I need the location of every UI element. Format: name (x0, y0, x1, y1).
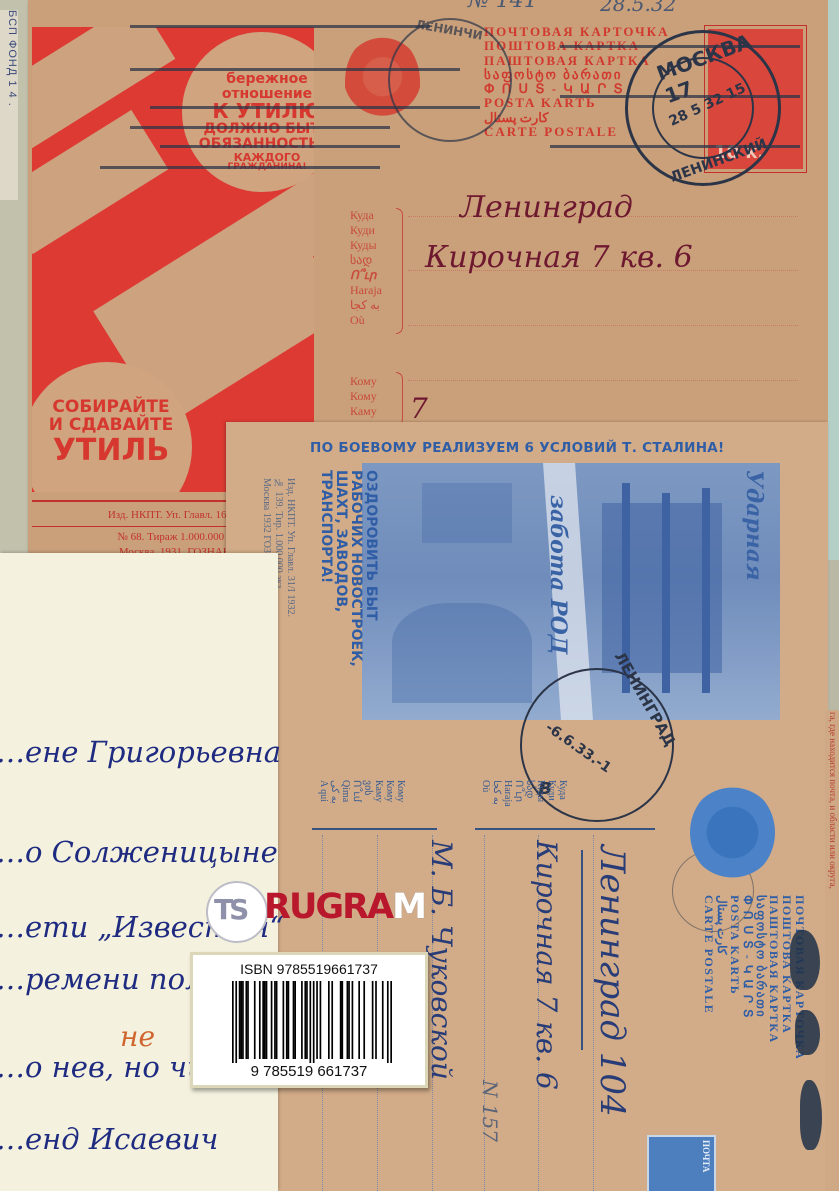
card2-slogan: ОЗДОРОВИТЬ БЫТ РАБОЧИХ НОВОСТРОЕК, ШАХТ,… (318, 470, 378, 730)
isbn-label: ISBN 9785519661737 (193, 961, 425, 977)
right-edge-card (828, 0, 839, 560)
handwritten-letter (0, 553, 278, 1191)
poster-bottom-slogan: СОБИРАЙТЕ И СДАВАЙТЕ УТИЛЬ (32, 399, 190, 466)
address-brace (396, 208, 403, 334)
illustration-caption-1: Ударная (741, 470, 767, 581)
cancel-line (130, 25, 430, 28)
cancel-line (130, 126, 390, 129)
archive-note-number: № 141 (468, 0, 538, 13)
recipient-brace (312, 828, 437, 830)
card2-postcard-header: ПОЧТОВАЯ КАРТОЧКА ПОШТОВА КАРТКА ПАШТОВА… (702, 895, 806, 1135)
edge-postcard-text: га, где находится почта, и области или о… (826, 712, 838, 1012)
publisher-logo: TS RUGRAM (206, 881, 416, 941)
card2-headline: ПО БОЕВОМУ РЕАЛИЗУЕМ 6 УСЛОВИЙ Т. СТАЛИН… (310, 440, 725, 456)
archive-number: N 157 (478, 1080, 502, 1142)
archive-strip-label: БСП ФОНД 1 4 . (0, 10, 18, 200)
isbn-digits: 9 785519 661737 (193, 1063, 425, 1080)
poster-top-slogan: бережное отношение К УТИЛЮ ДОЛЖНО БЫТЬ О… (192, 72, 314, 173)
handwritten-recipient: 7 (410, 392, 428, 425)
address-line (408, 325, 798, 326)
handwritten-recipient: М. Б. Чуковской (425, 840, 458, 1080)
handwritten-city: Ленинград 104 (592, 845, 632, 1117)
postmark-faint: ЛЕНИНЧИ (388, 18, 512, 142)
logo-wordmark: RUGRAM (264, 887, 425, 927)
margin-mark: не (120, 1020, 155, 1053)
letter-line: …о Солженицыне (0, 835, 278, 869)
card2-recipient-labels: Кому Кому Каму ვის Ո՞ւմ Qima به کی A qui (318, 780, 406, 870)
postage-stamp-blue: ПОЧТА (647, 1135, 716, 1191)
card1-address-labels: Куда Куди Куды სად Ո՞ւր Haraja به کجا Où (350, 208, 382, 328)
letter-line: …енд Исаевич (0, 1122, 218, 1156)
handwritten-city: Ленинград (460, 190, 633, 225)
cancel-line (100, 166, 380, 169)
letter-line: …ене Григорьевна (0, 735, 281, 769)
barcode-bars (232, 981, 392, 1071)
card1-recipient-labels: Кому Кому Каму (350, 374, 377, 419)
cancel-line (160, 145, 400, 148)
ink-blot (795, 1010, 820, 1055)
address-brace (475, 828, 655, 830)
recipient-line (408, 380, 798, 381)
handwritten-street: Кирочная 7 кв. 6 (530, 840, 563, 1090)
postmark-moscow: МОСКВА 17 28 5 32 15 ЛЕНИНСКИЙ (625, 30, 781, 186)
recipient-brace (396, 372, 403, 426)
handwritten-street: Кирочная 7 кв. 6 (425, 240, 693, 275)
illustration-caption-2: забота РОД (545, 495, 571, 654)
ussr-emblem-blue-icon (690, 785, 775, 880)
logo-mark: TS (214, 893, 245, 926)
archive-note-date: 28.5.32 (600, 0, 676, 16)
isbn-barcode: ISBN 9785519661737 9 785519 661737 (190, 952, 428, 1088)
